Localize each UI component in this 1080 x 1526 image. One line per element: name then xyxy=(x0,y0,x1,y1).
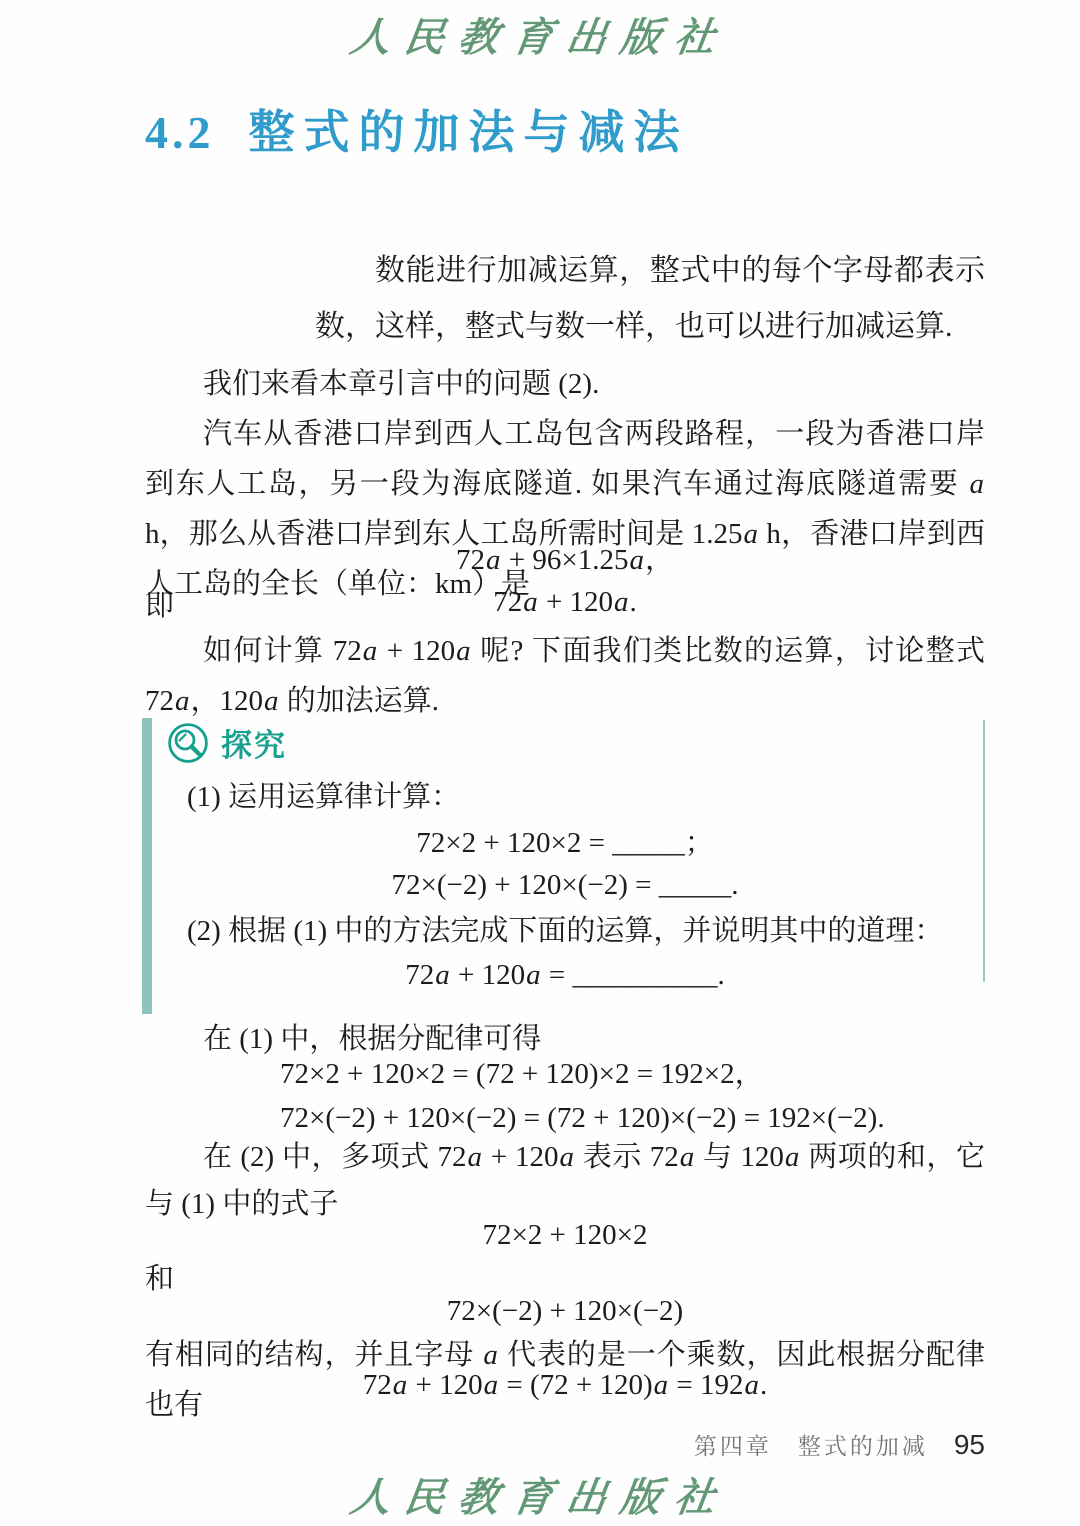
intro-paragraph: 数能进行加减运算，整式中的每个字母都表示数，这样，整式与数一样，也可以进行加减运… xyxy=(315,243,985,355)
inquiry-blank-formula-3: 72a + 120a = __________. xyxy=(145,956,985,994)
formula-compare-1: 72×2 + 120×2 xyxy=(145,1216,985,1254)
inquiry-blank-formula-2: 72×(−2) + 120×(−2) = _____. xyxy=(145,866,985,904)
formula-final-result: 72a + 120a = (72 + 120)a = 192a. xyxy=(145,1366,985,1404)
paragraph-how-to-compute: 如何计算 72a + 120a 呢? 下面我们类比数的运算，讨论整式 72a，1… xyxy=(145,626,985,726)
inquiry-item-2: (2) 根据 (1) 中的方法完成下面的运算，并说明其中的道理： xyxy=(187,912,965,950)
paragraph-problem: 汽车从香港口岸到西人工岛包含两段路程，一段为香港口岸到东人工岛，另一段为海底隧道… xyxy=(145,409,985,609)
magnifier-circle-icon xyxy=(167,722,209,764)
formula-compare-2: 72×(−2) + 120×(−2) xyxy=(145,1292,985,1330)
paragraph-lead-in: 我们来看本章引言中的问题 (2). xyxy=(145,359,985,409)
footer-page-number: 95 xyxy=(954,1429,985,1461)
word-namely: 即 xyxy=(145,583,174,624)
formula-distributive-1: 72×2 + 120×2 = (72 + 120)×2 = 192×2， xyxy=(280,1052,985,1096)
formula-simplified-sum: 72a + 120a. xyxy=(145,583,985,621)
paragraph-in-part2: 在 (2) 中，多项式 72a + 120a 表示 72a 与 120a 两项的… xyxy=(145,1134,985,1228)
inquiry-item-1: (1) 运用运算律计算： xyxy=(187,778,965,816)
inquiry-header: 探究 xyxy=(167,720,287,765)
textbook-page: 人民教育出版社 4.2整式的加法与减法 数能进行加减运算，整式中的每个字母都表示… xyxy=(0,0,1080,1526)
inquiry-label: 探究 xyxy=(221,720,287,765)
footer-chapter: 第四章 xyxy=(694,1428,772,1461)
footer-section: 整式的加减 xyxy=(798,1428,928,1461)
publisher-watermark-bottom: 人民教育出版社 xyxy=(0,1466,1080,1523)
section-title-text: 整式的加法与减法 xyxy=(249,107,689,158)
word-and: 和 xyxy=(145,1256,985,1297)
distributive-formulas: 72×2 + 120×2 = (72 + 120)×2 = 192×2， 72×… xyxy=(145,1052,985,1140)
inquiry-box: 探究 (1) 运用运算律计算： 72×2 + 120×2 = _____； 72… xyxy=(145,716,985,1014)
inquiry-blank-formula-1: 72×2 + 120×2 = _____； xyxy=(145,824,985,862)
formula-total-length: 72a + 96×1.25a， xyxy=(145,541,985,579)
section-title: 4.2整式的加法与减法 xyxy=(145,96,985,162)
line-that-is: 即 72a + 120a. xyxy=(145,583,985,621)
page-content: 4.2整式的加法与减法 数能进行加减运算，整式中的每个字母都表示数，这样，整式与… xyxy=(145,0,985,1526)
section-number: 4.2 xyxy=(145,107,215,158)
page-footer: 第四章 整式的加减 95 xyxy=(694,1428,985,1461)
